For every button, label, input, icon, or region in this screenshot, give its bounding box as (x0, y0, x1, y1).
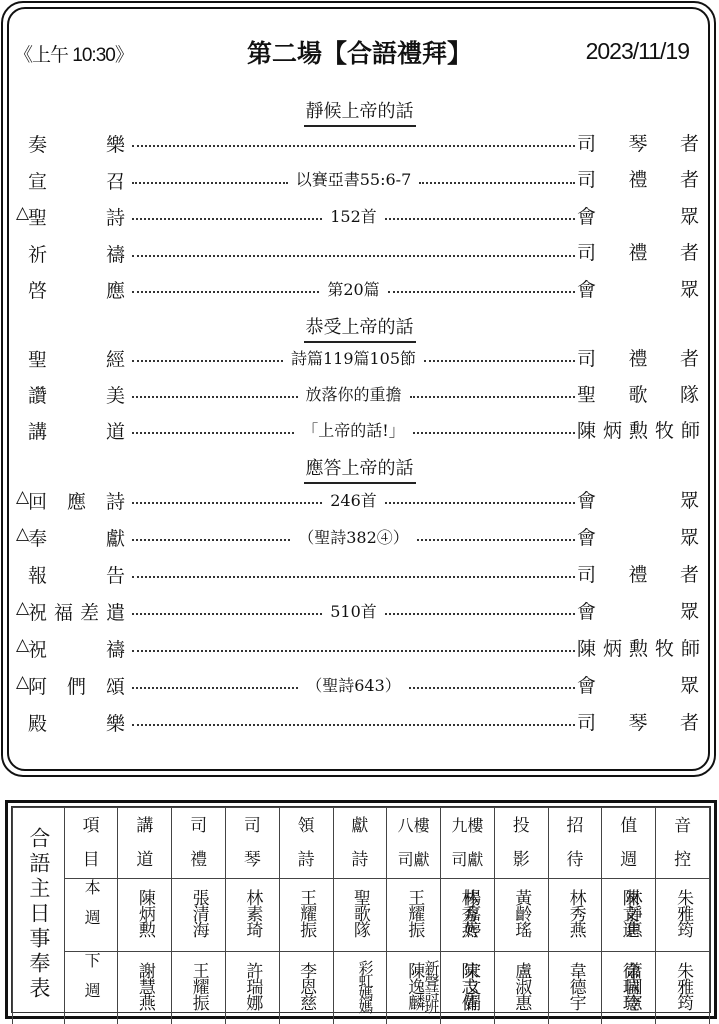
duty-cell: 楊嘉婷王耀振 (387, 879, 441, 952)
person-name: 張清海 (190, 889, 208, 937)
program-item: △祝福差遣510首會眾 (18, 595, 699, 625)
person-name: 王耀振 (405, 889, 423, 937)
program-item-detail: 152首 (324, 204, 383, 227)
dot-leader: 152首 (130, 200, 577, 230)
program-item-detail: （聖詩643） (300, 673, 407, 696)
program-item: 啓應第20篇會眾 (18, 273, 699, 303)
dot-leader: 「上帝的話!」 (130, 414, 577, 444)
column-header-item: 項目 (64, 808, 118, 879)
column-header: 獻詩 (333, 808, 387, 879)
section-title-text: 靜候上帝的話 (304, 97, 416, 127)
person-name: 王耀振 (190, 962, 208, 1010)
dot-leader: 以賽亞書55:6-7 (130, 164, 577, 194)
dot-leader (130, 127, 577, 157)
person-name: 黃齡瑤 (512, 889, 530, 937)
person-name: 許瑞娜 (243, 962, 261, 1010)
person-name: 王耀振 (297, 889, 315, 937)
program-item-role: 會眾 (577, 486, 699, 513)
duty-cell: 朱雅婷朱雅筠 (656, 952, 710, 1024)
duty-cell: 宋文娟陳逸麟 (387, 952, 441, 1024)
program-item-label: 殿樂 (18, 706, 130, 736)
program-item-detail: 510首 (324, 599, 383, 622)
person-name: 聖歌隊 (351, 889, 369, 937)
program-item: △祝禱陳炳勲牧師 (18, 632, 699, 662)
program-item-role: 陳炳勲牧師 (577, 416, 699, 443)
column-header: 九樓司獻 (441, 808, 495, 879)
program-item-role: 會眾 (577, 202, 699, 229)
dot-leader: 詩篇119篇105節 (130, 342, 577, 372)
week-label: 本週 (64, 879, 118, 952)
person-name: 陳逸麟 (405, 962, 423, 1010)
duty-roster-title: 合語主日事奉表 (13, 808, 65, 1024)
column-header: 領詩 (279, 808, 333, 879)
program-item-detail: （聖詩382④） (292, 525, 415, 548)
dot-leader: （聖詩382④） (130, 521, 577, 551)
column-header: 音控 (656, 808, 710, 879)
program-item: △回應詩246首會眾 (18, 484, 699, 514)
program-item-detail: 以賽亞書55:6-7 (290, 167, 418, 190)
dot-leader (130, 632, 577, 662)
person-name: 林秀燕 (458, 889, 476, 937)
person-name: 林素琦 (243, 889, 261, 937)
program-item: 讚美放落你的重擔聖歌隊 (18, 378, 699, 408)
duty-roster-grid: 合語主日事奉表項目講道司禮司琴領詩獻詩八樓司獻九樓司獻投影招待值週音控本週陳炳勲… (12, 807, 710, 1024)
column-header: 值週 (602, 808, 656, 879)
duty-cell: 蕭國憲韋德宇 (548, 952, 602, 1024)
program-item-role: 司琴者 (577, 708, 699, 735)
program-item-label: △聖詩 (18, 200, 130, 230)
program-item-label: △回應詩 (18, 484, 130, 514)
duty-cell: 林靜惠林秀燕 (548, 879, 602, 952)
program-item-role: 司禮者 (577, 238, 699, 265)
program-item: 聖經詩篇119篇105節司禮者 (18, 342, 699, 372)
column-header: 司琴 (226, 808, 280, 879)
person-name: 盧淑惠 (512, 962, 530, 1010)
program-item-detail: 放落你的重擔 (300, 382, 408, 405)
program-item: △聖詩152首會眾 (18, 200, 699, 230)
program-item-role: 會眾 (577, 671, 699, 698)
duty-cell: 陳炳勲 (118, 879, 172, 952)
person-name: 謝慧燕 (136, 962, 154, 1010)
person-name: 李恩慈 (297, 962, 315, 1010)
program-item: △阿們頌（聖詩643）會眾 (18, 669, 699, 699)
program-item-role: 司禮者 (577, 560, 699, 587)
column-header: 司禮 (172, 808, 226, 879)
program-item-detail: 第20篇 (321, 277, 385, 300)
program-item-label: 讚美 (18, 378, 130, 408)
duty-row: 本週陳炳勲張清海林素琦王耀振聖歌隊楊嘉婷王耀振林秀燕黃齡瑤林靜惠林秀燕陳文進朱雅… (13, 879, 710, 952)
person-name: 徐瑞玲 (620, 962, 638, 1010)
program-item-label: △阿們頌 (18, 669, 130, 699)
program-item-label: 宣召 (18, 164, 130, 194)
column-header: 招待 (548, 808, 602, 879)
program-item-label: △祝福差遣 (18, 595, 130, 625)
program-item-label: △祝禱 (18, 632, 130, 662)
duty-cell: 新聲詩班彩虹媽媽 (333, 952, 387, 1024)
duty-cell: 許瑞娜 (226, 952, 280, 1024)
dot-leader (130, 237, 577, 267)
duty-cell: 林素琦 (226, 879, 280, 952)
dot-leader: 510首 (130, 595, 577, 625)
program-item: 祈禱司禮者 (18, 237, 699, 267)
program-item-detail: 詩篇119篇105節 (285, 346, 422, 369)
program-item-label: △奉獻 (18, 521, 130, 551)
program-item-role: 陳炳勲牧師 (577, 634, 699, 661)
program-item-role: 司禮者 (577, 344, 699, 371)
duty-header-row: 合語主日事奉表項目講道司禮司琴領詩獻詩八樓司獻九樓司獻投影招待值週音控 (13, 808, 710, 879)
person-name: 陳文進 (620, 889, 638, 937)
dot-leader (130, 558, 577, 588)
dot-leader: 第20篇 (130, 273, 577, 303)
person-name: 陳志倩 (458, 962, 476, 1010)
program-item-label: 祈禱 (18, 237, 130, 267)
column-header: 八樓司獻 (387, 808, 441, 879)
duty-cell: 謝慧燕 (118, 952, 172, 1024)
section-title-text: 應答上帝的話 (304, 454, 416, 484)
program-item-label: 講道 (18, 414, 130, 444)
duty-cell: 王耀振 (279, 879, 333, 952)
duty-cell: 朱雅婷朱雅筠 (656, 879, 710, 952)
column-header: 投影 (494, 808, 548, 879)
service-date: 2023/11/19 (586, 38, 689, 65)
section-title: 恭受上帝的話 (0, 313, 719, 343)
person-name: 彩虹媽媽 (358, 960, 374, 1012)
duty-row: 下週謝慧燕王耀振許瑞娜李恩慈新聲詩班彩虹媽媽宋文娟陳逸麟陳志倩盧淑惠蕭國憲韋德宇… (13, 952, 710, 1024)
program-item: 宣召以賽亞書55:6-7司禮者 (18, 164, 699, 194)
dot-leader: 246首 (130, 484, 577, 514)
program-item-role: 聖歌隊 (577, 380, 699, 407)
program-item: 殿樂司琴者 (18, 706, 699, 736)
duty-cell: 黃齡瑤 (494, 879, 548, 952)
program-item: 奏樂司琴者 (18, 127, 699, 157)
program-item-role: 司琴者 (577, 129, 699, 156)
program-item: 報告司禮者 (18, 558, 699, 588)
person-name: 朱雅筠 (674, 889, 692, 937)
duty-cell: 李恩慈 (279, 952, 333, 1024)
program-item: △奉獻（聖詩382④）會眾 (18, 521, 699, 551)
week-label: 下週 (64, 952, 118, 1024)
duty-cell: 聖歌隊 (333, 879, 387, 952)
program-item-label: 奏樂 (18, 127, 130, 157)
program-item-label: 啓應 (18, 273, 130, 303)
program-item-role: 司禮者 (577, 165, 699, 192)
section-title: 靜候上帝的話 (0, 97, 719, 127)
dot-leader (130, 706, 577, 736)
duty-cell: 盧淑惠 (494, 952, 548, 1024)
section-title-text: 恭受上帝的話 (304, 313, 416, 343)
person-name: 林秀燕 (567, 889, 585, 937)
dot-leader: （聖詩643） (130, 669, 577, 699)
program-item-role: 會眾 (577, 523, 699, 550)
program-item-label: 聖經 (18, 342, 130, 372)
program-item-label: 報告 (18, 558, 130, 588)
duty-cell: 張清海 (172, 879, 226, 952)
program-item-role: 會眾 (577, 597, 699, 624)
dot-leader: 放落你的重擔 (130, 378, 577, 408)
person-name: 朱雅筠 (674, 962, 692, 1010)
program-item: 講道「上帝的話!」陳炳勲牧師 (18, 414, 699, 444)
program-item-detail: 246首 (324, 488, 383, 511)
program-item-detail: 「上帝的話!」 (296, 418, 410, 441)
person-name: 陳炳勲 (136, 889, 154, 937)
column-header: 講道 (118, 808, 172, 879)
duty-cell: 王耀振 (172, 952, 226, 1024)
duty-roster-table: 合語主日事奉表項目講道司禮司琴領詩獻詩八樓司獻九樓司獻投影招待值週音控本週陳炳勲… (5, 800, 717, 1019)
person-name: 韋德宇 (567, 962, 585, 1010)
section-title: 應答上帝的話 (0, 454, 719, 484)
program-item-role: 會眾 (577, 275, 699, 302)
